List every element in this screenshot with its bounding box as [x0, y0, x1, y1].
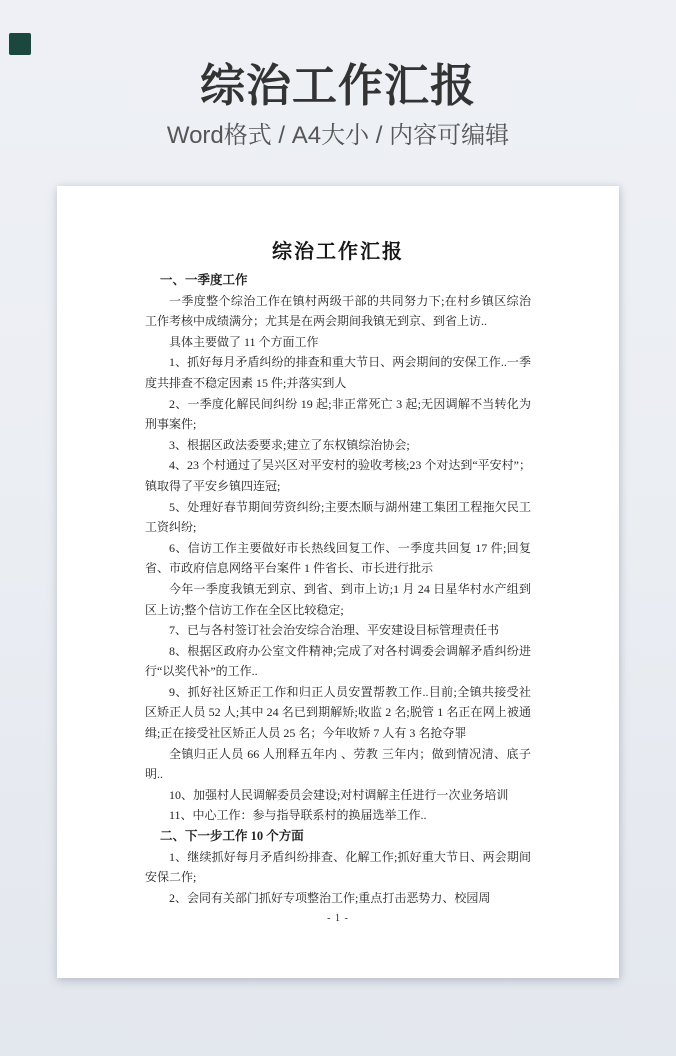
doc-paragraph: 10、加强村人民调解委员会建设;对村调解主任进行一次业务培训 — [145, 785, 531, 806]
doc-paragraph: 1、抓好每月矛盾纠纷的排查和重大节日、两会期间的安保工作..一季度共排查不稳定因… — [145, 352, 531, 393]
page-number: - 1 - — [57, 913, 619, 924]
page-background: { "colors": { "background_top": "#eef0f5… — [0, 0, 676, 1056]
doc-paragraph: 6、信访工作主要做好市长热线回复工作、一季度共回复 17 件;回复省、市政府信息… — [145, 538, 531, 579]
doc-paragraph: 2、一季度化解民间纠纷 19 起;非正常死亡 3 起;无因调解不当转化为刑事案件… — [145, 394, 531, 435]
doc-paragraph: 11、中心工作：参与指导联系村的换届选举工作.. — [145, 805, 531, 826]
doc-paragraph: 7、已与各村签订社会治安综合治理、平安建设目标管理责任书 — [145, 620, 531, 641]
doc-paragraph: 3、根据区政法委要求;建立了东权镇综治协会; — [145, 435, 531, 456]
doc-paragraph: 4、23 个村通过了吴兴区对平安村的验收考核;23 个对达到“平安村”；镇取得了… — [145, 455, 531, 496]
doc-paragraph: 5、处理好春节期间劳资纠纷;主要杰顺与湖州建工集团工程拖欠民工工资纠纷; — [145, 497, 531, 538]
document-page-preview: 综治工作汇报 一、一季度工作一季度整个综治工作在镇村两级干部的共同努力下;在村乡… — [57, 186, 619, 978]
doc-paragraph: 1、继续抓好每月矛盾纠纷排查、化解工作;抓好重大节日、两会期间安保二作; — [145, 847, 531, 888]
doc-heading: 一、一季度工作 — [145, 270, 531, 291]
doc-heading: 二、下一步工作 10 个方面 — [145, 826, 531, 847]
doc-paragraph: 一季度整个综治工作在镇村两级干部的共同努力下;在村乡镇区综治工作考核中成绩满分；… — [145, 291, 531, 332]
page-title: 综治工作汇报 — [0, 60, 676, 112]
doc-paragraph: 2、会同有关部门抓好专项整治工作;重点打击恶势力、校园周 — [145, 888, 531, 909]
doc-paragraph: 8、根据区政府办公室文件精神;完成了对各村调委会调解矛盾纠纷进行“以奖代补”的工… — [145, 641, 531, 682]
doc-paragraph: 具体主要做了 11 个方面工作 — [145, 332, 531, 353]
document-title: 综治工作汇报 — [57, 241, 619, 263]
doc-body: 一、一季度工作一季度整个综治工作在镇村两级干部的共同努力下;在村乡镇区综治工作考… — [145, 270, 531, 908]
doc-paragraph: 全镇归正人员 66 人刑释五年内 、劳教 三年内；做到情况清、底子明.. — [145, 744, 531, 785]
preview-header: 综治工作汇报 Word格式 / A4大小 / 内容可编辑 — [0, 0, 676, 151]
doc-paragraph: 9、抓好社区矫正工作和归正人员安置帮教工作..目前;全镇共接受社区矫正人员 52… — [145, 682, 531, 744]
doc-paragraph: 今年一季度我镇无到京、到省、到市上访;1 月 24 日星华村水产组到区上访;整个… — [145, 579, 531, 620]
page-subtitle: Word格式 / A4大小 / 内容可编辑 — [0, 121, 676, 151]
